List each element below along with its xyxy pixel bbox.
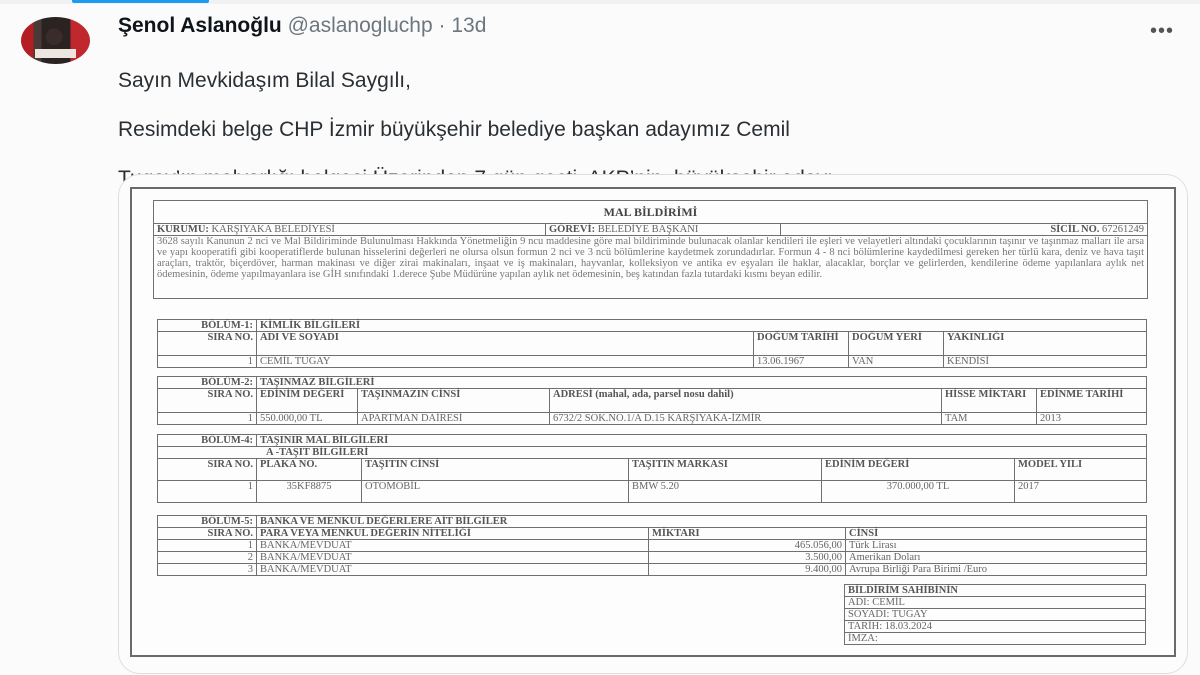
cell: 1 — [158, 413, 257, 425]
cell: 2017 — [1015, 481, 1147, 503]
legal-text: 3628 sayılı Kanunun 2 nci ve Mal Bildiri… — [154, 236, 1148, 299]
cell: TAM — [942, 413, 1037, 425]
column-header: DOĞUM TARİHİ — [754, 332, 849, 356]
section-2: BÖLÜM-2:TAŞINMAZ BİLGİLERİ SIRA NO. EDİN… — [157, 376, 1147, 425]
gorevi-cell: GÖREVİ: BELEDİYE BAŞKANI — [546, 224, 781, 236]
section-subtitle: A -TAŞIT BİLGİLERİ — [158, 447, 1147, 459]
column-header: YAKINLIĞI — [944, 332, 1147, 356]
document-header: MAL BİLDİRİMİ KURUMU: KARŞIYAKA BELEDİYE… — [153, 200, 1148, 299]
column-header: ADRESİ (mahal, ada, parsel nosu dahil) — [550, 389, 942, 413]
tweet-header: Şenol Aslanoğlu @aslanogluchp · 13d — [118, 14, 486, 38]
declarant-surname: SOYADI: TUGAY — [845, 609, 1146, 621]
column-header: DOĞUM YERİ — [849, 332, 944, 356]
table-row: 1 BANKA/MEVDUAT 465.056,00 Türk Lirası — [158, 540, 1147, 552]
sicil-value: 67261249 — [1102, 224, 1144, 235]
tweet-line: Resimdeki belge CHP İzmir büyükşehir bel… — [118, 118, 833, 143]
column-header: TAŞITIN MARKASI — [629, 459, 822, 481]
kurumu-value: KARŞIYAKA BELEDİYESİ — [212, 224, 335, 235]
column-header: HİSSE MİKTARI — [942, 389, 1037, 413]
cell: CEMİL TUGAY — [257, 356, 754, 368]
section-title: TAŞINIR MAL BİLGİLERİ — [257, 435, 1147, 447]
avatar[interactable] — [21, 17, 90, 64]
ellipsis-icon[interactable]: ••• — [1150, 20, 1174, 43]
sicil-label: SİCİL NO. — [1050, 224, 1099, 235]
cell: 2 — [158, 552, 257, 564]
cell: OTOMOBİL — [362, 481, 629, 503]
cell: BANKA/MEVDUAT — [257, 540, 649, 552]
declarant-signature: İMZA: — [845, 633, 1146, 645]
section-1: BÖLÜM-1:KİMLİK BİLGİLERİ SIRA NO. ADI VE… — [157, 319, 1147, 368]
section-label: BÖLÜM-4: — [158, 435, 257, 447]
kurumu-cell: KURUMU: KARŞIYAKA BELEDİYESİ — [154, 224, 546, 236]
cell: 35KF8875 — [257, 481, 362, 503]
table-row: 1 35KF8875 OTOMOBİL BMW 5.20 370.000,00 … — [158, 481, 1147, 503]
column-header: EDİNME TARİHİ — [1037, 389, 1147, 413]
column-header: SIRA NO. — [158, 332, 257, 356]
table-row: 1 CEMİL TUGAY 13.06.1967 VAN KENDİSİ — [158, 356, 1147, 368]
cell: Türk Lirası — [846, 540, 1147, 552]
cell: 2013 — [1037, 413, 1147, 425]
top-tab-strip — [0, 0, 1200, 4]
cell: 13.06.1967 — [754, 356, 849, 368]
cell: APARTMAN DAİRESİ — [358, 413, 550, 425]
cell: KENDİSİ — [944, 356, 1147, 368]
column-header: PARA VEYA MENKUL DEĞERİN NİTELİĞİ — [257, 528, 649, 540]
column-header: TAŞINMAZIN CİNSİ — [358, 389, 550, 413]
cell: Avrupa Birliği Para Birimi /Euro — [846, 564, 1147, 576]
declarant-box: BİLDİRİM SAHİBİNİN ADI: CEMİL SOYADI: TU… — [844, 584, 1146, 645]
column-header: SIRA NO. — [158, 528, 257, 540]
gorevi-label: GÖREVİ: — [549, 224, 595, 235]
cell: 1 — [158, 481, 257, 503]
column-header: EDİNİM DEĞERİ — [257, 389, 358, 413]
cell: 9.400,00 — [649, 564, 846, 576]
cell: BANKA/MEVDUAT — [257, 564, 649, 576]
section-label: BÖLÜM-5: — [158, 516, 257, 528]
table-row: 1 550.000,00 TL APARTMAN DAİRESİ 6732/2 … — [158, 413, 1147, 425]
declarant-date: TARİH: 18.03.2024 — [845, 621, 1146, 633]
cell: 370.000,00 TL — [822, 481, 1015, 503]
section-label: BÖLÜM-1: — [158, 320, 257, 332]
column-header: MİKTARI — [649, 528, 846, 540]
column-header: EDİNİM DEĞERİ — [822, 459, 1015, 481]
column-header: PLAKA NO. — [257, 459, 362, 481]
section-title: TAŞINMAZ BİLGİLERİ — [257, 377, 1147, 389]
sicil-cell: SİCİL NO. 67261249 — [781, 224, 1148, 236]
section-4: BÖLÜM-4:TAŞINIR MAL BİLGİLERİ A -TAŞIT B… — [157, 434, 1147, 503]
column-header: MODEL YILI — [1015, 459, 1147, 481]
cell: 1 — [158, 540, 257, 552]
table-row: 3 BANKA/MEVDUAT 9.400,00 Avrupa Birliği … — [158, 564, 1147, 576]
column-header: CİNSİ — [846, 528, 1147, 540]
declarant-name: ADI: CEMİL — [845, 597, 1146, 609]
column-header: SIRA NO. — [158, 389, 257, 413]
gorevi-value: BELEDİYE BAŞKANI — [598, 224, 699, 235]
section-title: KİMLİK BİLGİLERİ — [257, 320, 1147, 332]
section-label: BÖLÜM-2: — [158, 377, 257, 389]
section-5: BÖLÜM-5:BANKA VE MENKUL DEĞERLERE AİT Bİ… — [157, 515, 1147, 576]
cell: Amerikan Doları — [846, 552, 1147, 564]
cell: 1 — [158, 356, 257, 368]
column-header: ADI VE SOYADI — [257, 332, 754, 356]
column-header: SIRA NO. — [158, 459, 257, 481]
cell: 6732/2 SOK.NO.1/A D.15 KARŞIYAKA-İZMİR — [550, 413, 942, 425]
document-title: MAL BİLDİRİMİ — [154, 201, 1148, 224]
author-handle[interactable]: @aslanogluchp — [288, 14, 433, 37]
active-tab-indicator — [72, 0, 209, 3]
cell: 465.056,00 — [649, 540, 846, 552]
cell: VAN — [849, 356, 944, 368]
separator: · — [439, 14, 446, 37]
cell: 3 — [158, 564, 257, 576]
timestamp[interactable]: 13d — [451, 14, 486, 37]
declarant-title: BİLDİRİM SAHİBİNİN — [845, 585, 1146, 597]
column-header: TAŞITIN CİNSİ — [362, 459, 629, 481]
tweet-line: Sayın Mevkidaşım Bilal Saygılı, — [118, 69, 833, 94]
cell: BANKA/MEVDUAT — [257, 552, 649, 564]
cell: BMW 5.20 — [629, 481, 822, 503]
kurumu-label: KURUMU: — [157, 224, 209, 235]
cell: 550.000,00 TL — [257, 413, 358, 425]
cell: 3.500,00 — [649, 552, 846, 564]
author-name[interactable]: Şenol Aslanoğlu — [118, 14, 282, 37]
section-title: BANKA VE MENKUL DEĞERLERE AİT BİLGİLER — [257, 516, 1147, 528]
table-row: 2 BANKA/MEVDUAT 3.500,00 Amerikan Doları — [158, 552, 1147, 564]
